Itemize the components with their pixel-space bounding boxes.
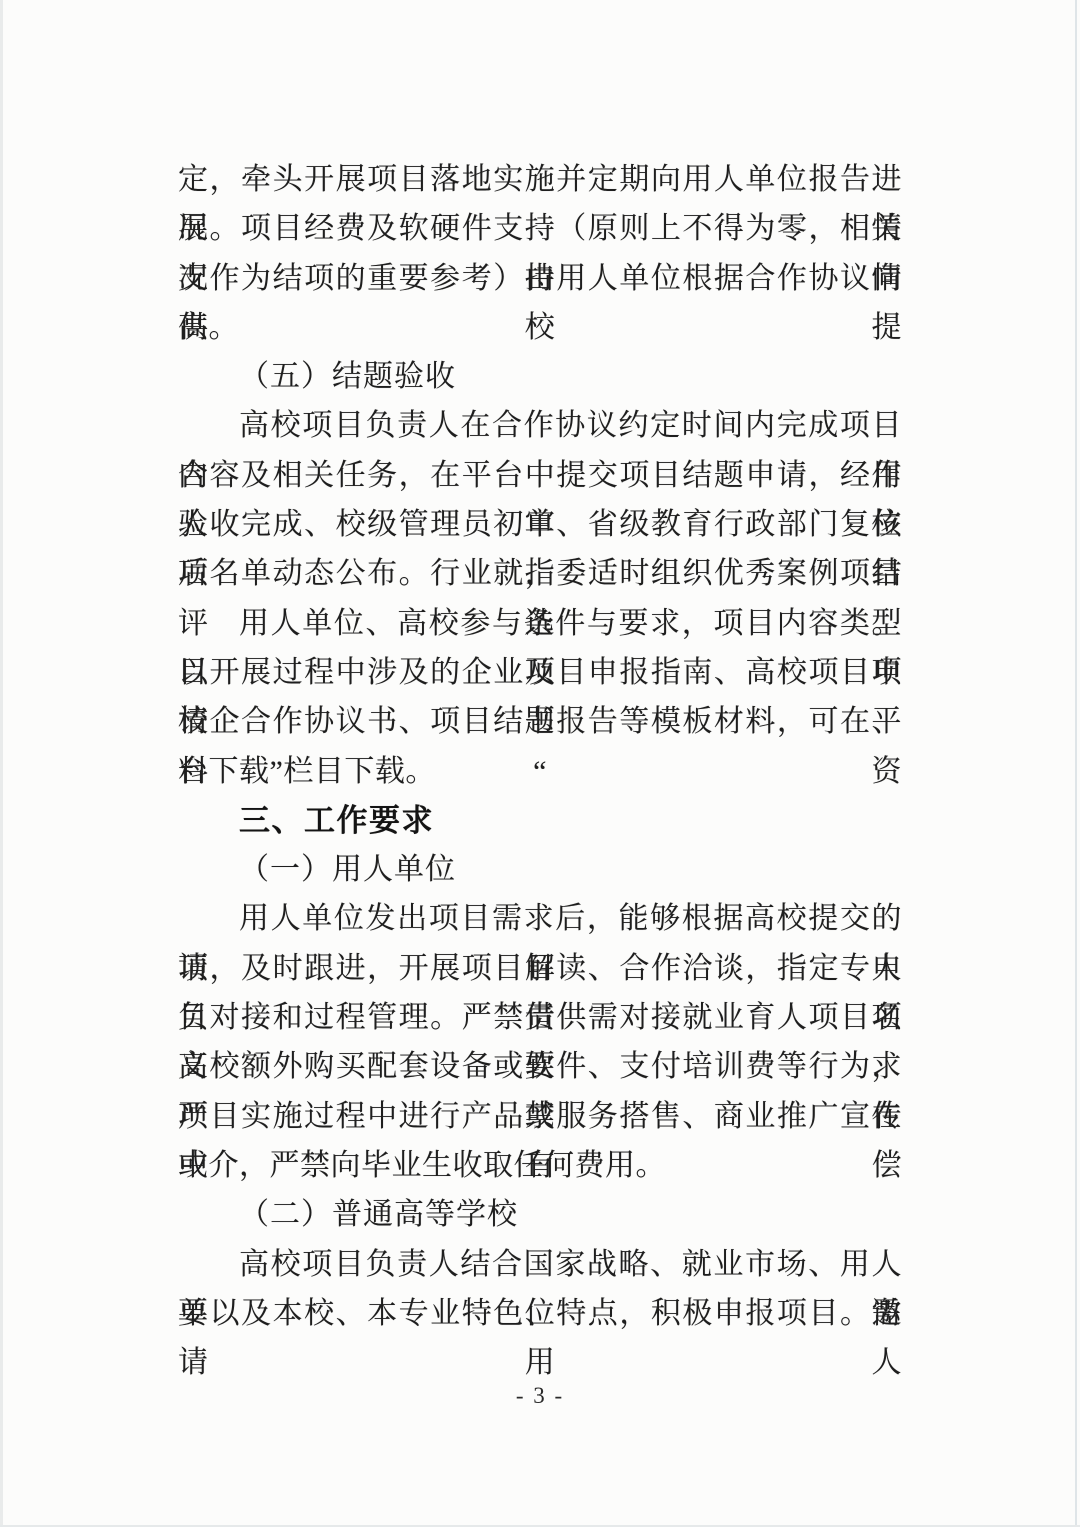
- body-text-line: 目开展过程中涉及的企业项目申报指南、高校项目申请书、: [178, 648, 902, 697]
- body-text-line: 定，牵头开展项目落地实施并定期向用人单位报告进展情: [178, 155, 902, 204]
- subsection-heading: （二）普通高等学校: [178, 1190, 902, 1239]
- body-text-line: 高校额外购买配套设备或软件、支付培训费等行为，严禁在: [178, 1042, 902, 1091]
- section-heading: 三、工作要求: [178, 796, 902, 845]
- text-block: 定，牵头开展项目落地实施并定期向用人单位报告进展情 况。项目经费及软硬件支持（原…: [178, 155, 902, 1338]
- subsection-heading: （五）结题验收: [178, 352, 902, 401]
- body-text-line: 高校项目负责人在合作协议约定时间内完成项目合作: [178, 401, 902, 450]
- scan-edge-left: [0, 0, 3, 1527]
- scan-edge-right: [1075, 0, 1077, 1527]
- body-text-line: 内容及相关任务，在平台中提交项目结题申请，经用人单位: [178, 451, 902, 500]
- body-text-line: 用人单位、高校参与条件与要求，项目内容类型以及项: [178, 599, 902, 648]
- page-number: - 3 -: [0, 1383, 1080, 1409]
- body-text-line: 验收完成、校级管理员初审、省级教育行政部门复核后，结: [178, 500, 902, 549]
- body-text-line: 用人单位发出项目需求后，能够根据高校提交的项目申: [178, 894, 902, 943]
- body-text-line: 目对接和过程管理。严禁借供需对接就业育人项目名义要求: [178, 993, 902, 1042]
- body-text-line: 要以及本校、本专业特色、特点，积极申报项目。邀请用人: [178, 1289, 902, 1338]
- body-text-line: 项目实施过程中进行产品或服务搭售、商业推广宣传或有偿: [178, 1092, 902, 1141]
- body-text-line: 请，及时跟进，开展项目解读、合作洽谈，指定专人负责项: [178, 944, 902, 993]
- body-text-line: 项名单动态公布。行业就指委适时组织优秀案例项目评选。: [178, 549, 902, 598]
- body-text-line: 况。项目经费及软硬件支持（原则上不得为零，相关支持情: [178, 204, 902, 253]
- subsection-heading: （一）用人单位: [178, 845, 902, 894]
- document-page: 定，牵头开展项目落地实施并定期向用人单位报告进展情 况。项目经费及软硬件支持（原…: [0, 0, 1080, 1527]
- body-text-line: 校企合作协议书、项目结题报告等模板材料，可在平台“资: [178, 697, 902, 746]
- body-text-line: 况作为结项的重要参考）由用人单位根据合作协议向高校提: [178, 254, 902, 303]
- body-text-line: 高校项目负责人结合国家战略、就业市场、用人单位需: [178, 1240, 902, 1289]
